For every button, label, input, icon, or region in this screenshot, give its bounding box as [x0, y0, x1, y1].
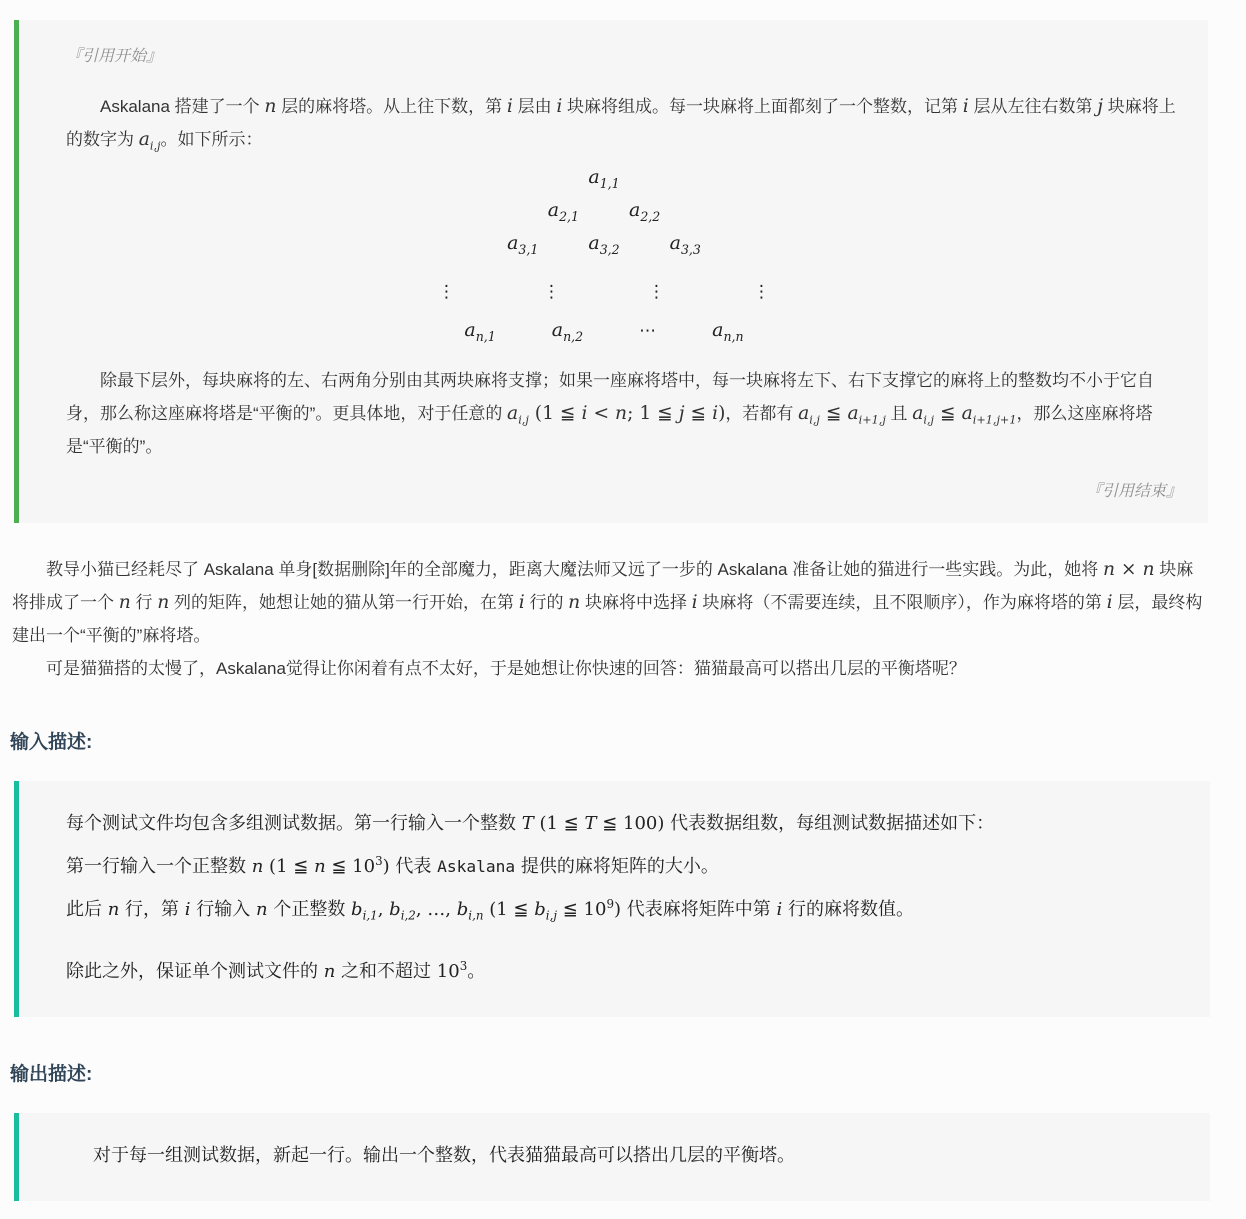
math-text: (1 ≦: [529, 403, 582, 424]
text-run: 个正整数: [268, 899, 351, 920]
story-paragraph-2: 可是猫猫搭的太慢了，Askalana觉得让你闲着有点不太好，于是她想让你快速的回…: [12, 652, 1210, 685]
tile-cell: an,2: [552, 319, 583, 342]
tile-cell: an,n: [712, 319, 743, 342]
text-run: 。如下所示：: [161, 130, 263, 149]
math-text: <: [588, 403, 616, 424]
mahjong-tower-diagram: a1,1a2,1a2,2a3,1a3,2a3,3⋮⋮⋮⋮an,1an,2⋯an,…: [66, 166, 1142, 352]
tower-row: a1,1: [588, 166, 619, 199]
math-text: (1 ≦: [484, 899, 535, 920]
math-variable: a: [548, 199, 559, 221]
math-subscript: n,1: [476, 329, 496, 344]
math-subscript: 3,2: [600, 242, 620, 257]
quote-start-label: 『引用开始』: [66, 46, 1182, 68]
text-run: 列的矩阵，她想让她的猫从第一行开始，在第: [169, 593, 518, 612]
text-run: 代表麻将矩阵中第: [627, 899, 777, 920]
math-text: ≦ 10: [326, 856, 375, 877]
tile-cell: a1,1: [588, 166, 619, 189]
math-variable: n: [119, 592, 131, 613]
text-run: 层的麻将塔。从上往下数，第: [276, 97, 506, 116]
math-text: ≦: [934, 403, 962, 424]
math-variable: a: [139, 129, 150, 150]
math-text: ): [383, 856, 396, 877]
math-variable: n: [1143, 559, 1155, 580]
quote-block: 『引用开始』 Askalana 搭建了一个 n 层的麻将塔。从上往下数，第 i …: [14, 20, 1208, 523]
text-run: ，若都有: [725, 404, 798, 423]
math-variable: n: [568, 592, 580, 613]
math-variable: b: [351, 899, 363, 920]
text-run: 提供的麻将矩阵的大小。: [515, 856, 719, 877]
math-variable: a: [798, 403, 809, 424]
tower-row: an,1an,2⋯an,n: [464, 319, 743, 352]
quote-paragraph-2: 除最下层外，每块麻将的左、右两角分别由其两块麻将支撑；如果一座麻将塔中，每一块麻…: [66, 364, 1182, 463]
quote-end-label: 『引用结束』: [66, 481, 1182, 503]
dots-cell: ⋮: [438, 282, 455, 302]
tower-row: a3,1a3,2a3,3: [507, 232, 701, 265]
text-run: 行: [131, 593, 157, 612]
math-variable: T: [522, 813, 534, 834]
math-variable: T: [584, 813, 596, 834]
input-description-block: 每个测试文件均包含多组测试数据。第一行输入一个整数 T (1 ≦ T ≦ 100…: [14, 781, 1210, 1017]
text-run: 行，第: [119, 899, 184, 920]
math-variable: a: [588, 232, 599, 254]
quote-paragraph-1: Askalana 搭建了一个 n 层的麻将塔。从上往下数，第 i 层由 i 块麻…: [66, 90, 1182, 156]
math-text: 10: [437, 961, 460, 982]
math-subscript: i,j: [546, 909, 557, 923]
input-line-3: 此后 n 行，第 i 行输入 n 个正整数 bi,1, bi,2, …, bi,…: [66, 895, 1184, 925]
math-variable: a: [588, 166, 599, 188]
input-line-4: 除此之外，保证单个测试文件的 n 之和不超过 103。: [66, 957, 1184, 987]
math-subscript: n,n: [723, 329, 743, 344]
text-run: 除此之外，保证单个测试文件的: [66, 961, 324, 982]
math-subscript: 2,1: [559, 209, 579, 224]
text-run: 对于每一组测试数据，新起一行。输出一个整数，代表猫猫最高可以搭出几层的平衡塔。: [93, 1145, 795, 1166]
math-variable: a: [507, 232, 518, 254]
text-run: 代表数据组数，每组测试数据描述如下：: [670, 813, 994, 834]
tower-row: ⋮⋮⋮⋮: [438, 265, 770, 319]
math-variable: n: [157, 592, 169, 613]
math-subscript: i,j: [150, 139, 161, 152]
code-text: Askalana: [437, 857, 515, 876]
text-run: 第一行输入一个正整数: [66, 856, 252, 877]
text-run: 层由: [513, 97, 556, 116]
math-variable: n: [108, 899, 120, 920]
text-run: 之和不超过: [335, 961, 436, 982]
math-text: (1 ≦: [263, 856, 314, 877]
math-variable: a: [552, 319, 563, 341]
math-variable: b: [534, 899, 546, 920]
input-line-2: 第一行输入一个正整数 n (1 ≦ n ≦ 103) 代表 Askalana 提…: [66, 852, 1184, 882]
math-text: ≦: [820, 403, 848, 424]
output-section-heading: 输出描述:: [10, 1059, 1246, 1086]
math-variable: n: [314, 856, 326, 877]
math-subscript: 1,1: [600, 176, 620, 191]
math-variable: n: [252, 856, 264, 877]
output-line: 对于每一组测试数据，新起一行。输出一个整数，代表猫猫最高可以搭出几层的平衡塔。: [66, 1141, 1184, 1171]
math-subscript: 3,1: [518, 242, 538, 257]
math-text: ,: [378, 899, 389, 920]
math-subscript: i,n: [468, 909, 483, 923]
math-text: ): [614, 899, 627, 920]
math-subscript: i+1,j+1: [973, 413, 1017, 426]
text-run: 块麻将（不需要连续，且不限顺序），作为麻将塔的第: [698, 593, 1107, 612]
input-section-heading: 输入描述:: [10, 727, 1246, 754]
math-subscript: i,j: [809, 413, 820, 426]
math-text: ≦: [685, 403, 713, 424]
text-run: 代表: [395, 856, 437, 877]
math-variable: a: [962, 403, 973, 424]
tile-cell: a2,2: [629, 199, 660, 222]
math-variable: b: [389, 899, 401, 920]
math-subscript: i,2: [401, 909, 416, 923]
math-variable: n: [1103, 559, 1115, 580]
tile-cell: a3,3: [670, 232, 701, 255]
math-subscript: i,j: [923, 413, 934, 426]
problem-statement-page: 『引用开始』 Askalana 搭建了一个 n 层的麻将塔。从上往下数，第 i …: [0, 0, 1246, 1219]
text-run: Askalana 搭建了一个: [100, 97, 264, 116]
math-subscript: i,1: [363, 909, 378, 923]
math-text: ; 1 ≦: [627, 403, 679, 424]
tile-cell: a2,1: [548, 199, 579, 222]
math-subscript: 3,3: [681, 242, 701, 257]
input-line-1: 每个测试文件均包含多组测试数据。第一行输入一个整数 T (1 ≦ T ≦ 100…: [66, 809, 1184, 839]
math-text: ×: [1115, 559, 1143, 580]
math-text: ≦ 10: [557, 899, 606, 920]
dots-cell: ⋮: [753, 282, 770, 302]
math-variable: n: [256, 899, 268, 920]
text-run: 此后: [66, 899, 108, 920]
math-subscript: n,2: [563, 329, 583, 344]
math-variable: a: [670, 232, 681, 254]
dots-cell: ⋯: [639, 321, 656, 341]
math-subscript: i,j: [518, 413, 529, 426]
math-subscript: i+1,j: [859, 413, 886, 426]
math-text: ≦ 100): [597, 813, 671, 834]
text-run: 且: [886, 404, 912, 423]
tile-cell: a3,1: [507, 232, 538, 255]
story-section: 教导小猫已经耗尽了 Askalana 单身[数据删除]年的全部魔力，距离大魔法师…: [12, 553, 1210, 685]
text-run: 教导小猫已经耗尽了 Askalana 单身[数据删除]年的全部魔力，距离大魔法师…: [46, 560, 1103, 579]
math-variable: n: [615, 403, 627, 424]
text-run: 。: [467, 961, 485, 982]
math-subscript: 2,2: [640, 209, 660, 224]
dots-cell: ⋮: [648, 282, 665, 302]
math-variable: a: [464, 319, 475, 341]
math-variable: a: [629, 199, 640, 221]
tile-cell: a3,2: [588, 232, 619, 255]
text-run: 行输入: [191, 899, 256, 920]
math-variable: n: [324, 961, 336, 982]
text-run: 行的: [525, 593, 568, 612]
math-superscript: 9: [606, 897, 614, 911]
math-superscript: 3: [375, 854, 383, 868]
math-variable: b: [457, 899, 469, 920]
text-run: 每个测试文件均包含多组测试数据。第一行输入一个整数: [66, 813, 522, 834]
dots-cell: ⋮: [543, 282, 560, 302]
tower-row: a2,1a2,2: [548, 199, 661, 232]
output-description-block: 对于每一组测试数据，新起一行。输出一个整数，代表猫猫最高可以搭出几层的平衡塔。: [14, 1113, 1210, 1201]
math-variable: a: [912, 403, 923, 424]
text-run: 行的麻将数值。: [782, 899, 914, 920]
text-run: 层从左往右数第: [969, 97, 1097, 116]
math-text: (1 ≦: [534, 813, 585, 834]
math-variable: a: [507, 403, 518, 424]
text-run: 块麻将组成。每一块麻将上面都刻了一个整数，记第: [562, 97, 962, 116]
math-variable: a: [712, 319, 723, 341]
tile-cell: an,1: [464, 319, 495, 342]
math-text: , …,: [416, 899, 457, 920]
math-variable: n: [264, 96, 276, 117]
text-run: 块麻将中选择: [580, 593, 691, 612]
story-paragraph-1: 教导小猫已经耗尽了 Askalana 单身[数据删除]年的全部魔力，距离大魔法师…: [12, 553, 1210, 652]
math-variable: a: [847, 403, 858, 424]
text-run: 可是猫猫搭的太慢了，Askalana觉得让你闲着有点不太好，于是她想让你快速的回…: [46, 659, 966, 678]
